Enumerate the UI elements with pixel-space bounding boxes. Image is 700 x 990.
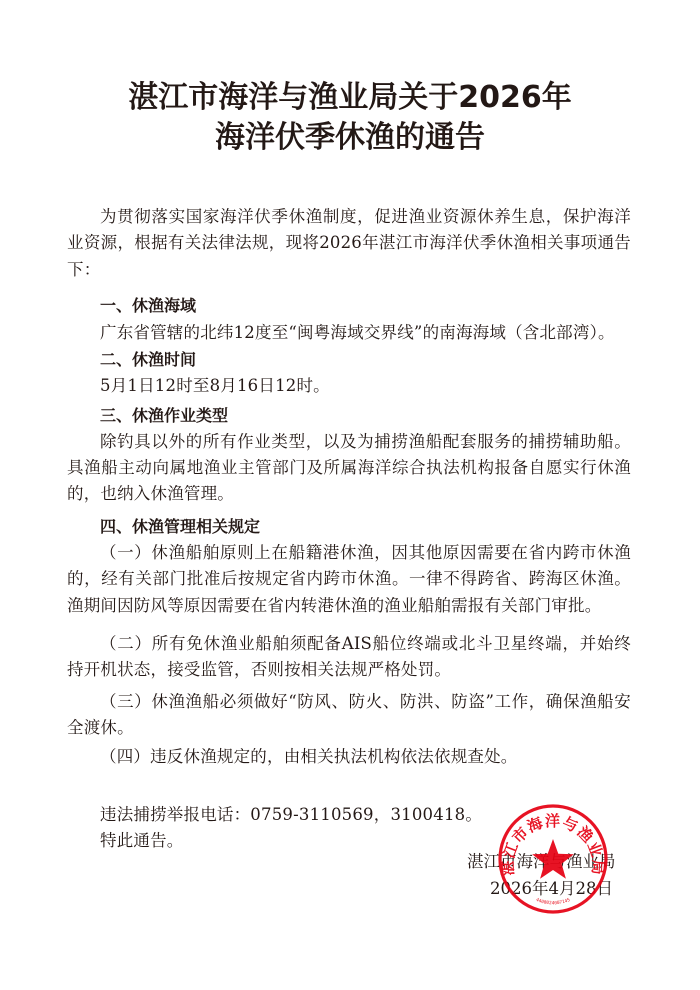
section-types-line-3: 的，也纳入休渔管理。 (67, 481, 631, 507)
rule-1-line-3: 渔期间因防风等原因需要在省内转港休渔的渔业船舶需报有关部门审批。 (67, 593, 631, 619)
rule-4-line-1: （四）违反休渔规定的，由相关执法机构依法依规查处。 (100, 744, 631, 770)
section-area-text: 广东省管辖的北纬12度至“闽粤海域交界线”的南海海域（含北部湾）。 (100, 320, 631, 346)
intro-line-2: 业资源，根据有关法律法规，现将2026年湛江市海洋伏季休渔相关事项通告如 (67, 230, 631, 256)
document-title-line-1: 湛江市海洋与渔业局关于2026年 (0, 78, 700, 118)
rule-2-line-2: 持开机状态，接受监管，否则按相关法规严格处罚。 (67, 657, 631, 683)
intro-line-1: 为贯彻落实国家海洋伏季休渔制度，促进渔业资源休养生息，保护海洋渔 (100, 204, 631, 230)
intro-line-3: 下： (67, 257, 631, 283)
issue-date: 2026年4月28日 (490, 876, 613, 902)
rule-3-line-1: （三）休渔渔船必须做好“防风、防火、防洪、防盗”工作，确保渔船安 (100, 689, 631, 715)
section-heading-types: 三、休渔作业类型 (100, 403, 228, 429)
section-heading-period: 二、休渔时间 (100, 347, 196, 373)
section-types-line-1: 除钓具以外的所有作业类型，以及为捕捞渔船配套服务的捕捞辅助船。钓 (100, 429, 631, 455)
rule-1-line-2: 的，经有关部门批准后按规定省内跨市休渔。一律不得跨省、跨海区休渔。休 (67, 566, 631, 592)
section-heading-rules: 四、休渔管理相关规定 (100, 514, 260, 540)
section-types-line-2: 具渔船主动向属地渔业主管部门及所属海洋综合执法机构报备自愿实行休渔 (67, 455, 631, 481)
section-period-text: 5月1日12时至8月16日12时。 (100, 373, 631, 399)
rule-2-line-1: （二）所有免休渔业船舶须配备AIS船位终端或北斗卫星终端，并始终保 (100, 631, 631, 657)
rule-3-line-2: 全渡休。 (67, 715, 631, 741)
document-title-line-2: 海洋伏季休渔的通告 (0, 118, 700, 158)
rule-1-line-1: （一）休渔船舶原则上在船籍港休渔，因其他原因需要在省内跨市休渔 (100, 540, 631, 566)
issuer-signature: 湛江市海洋与渔业局 (467, 849, 616, 875)
section-heading-area: 一、休渔海域 (100, 293, 196, 319)
hotline-text: 违法捕捞举报电话：0759-3110569，3100418。 (100, 802, 631, 828)
